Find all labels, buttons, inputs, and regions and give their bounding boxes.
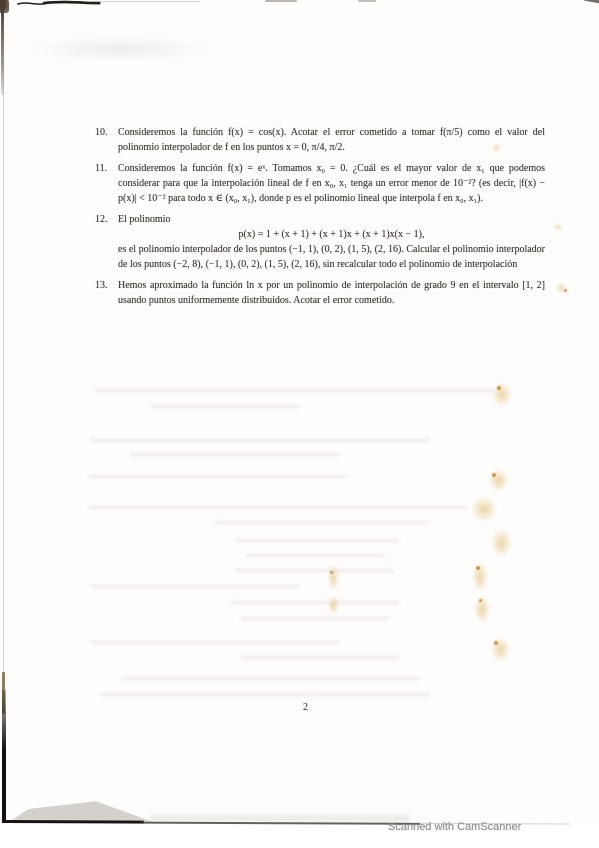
exercise-item-13: 13. Hemos aproximado la función ln x por… [95,278,545,308]
exercise-item-12: 12. El polinomio p(x) = 1 + (x + 1) + (x… [95,212,545,272]
exercise-list: 10. Consideremos la función f(x) = cos(x… [95,125,545,314]
item-text: Consideremos la función f(x) = cos(x). A… [118,125,545,155]
scanned-document-page: 10. Consideremos la función f(x) = cos(x… [0,0,599,848]
item-number: 12. [95,212,115,272]
item-intro: El polinomio [118,212,545,227]
exercise-item-11: 11. Consideremos la función f(x) = eˣ. T… [95,161,545,206]
item-number: 10. [95,125,115,155]
camscanner-watermark: Scanned with CamScanner [388,821,521,833]
paper-background [0,0,599,823]
item-text: Consideremos la función f(x) = eˣ. Tomam… [118,161,545,206]
item-formula: p(x) = 1 + (x + 1) + (x + 1)x + (x + 1)x… [118,227,545,242]
item-number: 13. [95,278,115,308]
item-text: Hemos aproximado la función ln x por un … [118,278,545,308]
page-number: 2 [303,702,308,713]
item-text: es el polinomio interpolador de los punt… [118,242,545,272]
exercise-item-10: 10. Consideremos la función f(x) = cos(x… [95,125,545,155]
item-number: 11. [95,161,115,206]
